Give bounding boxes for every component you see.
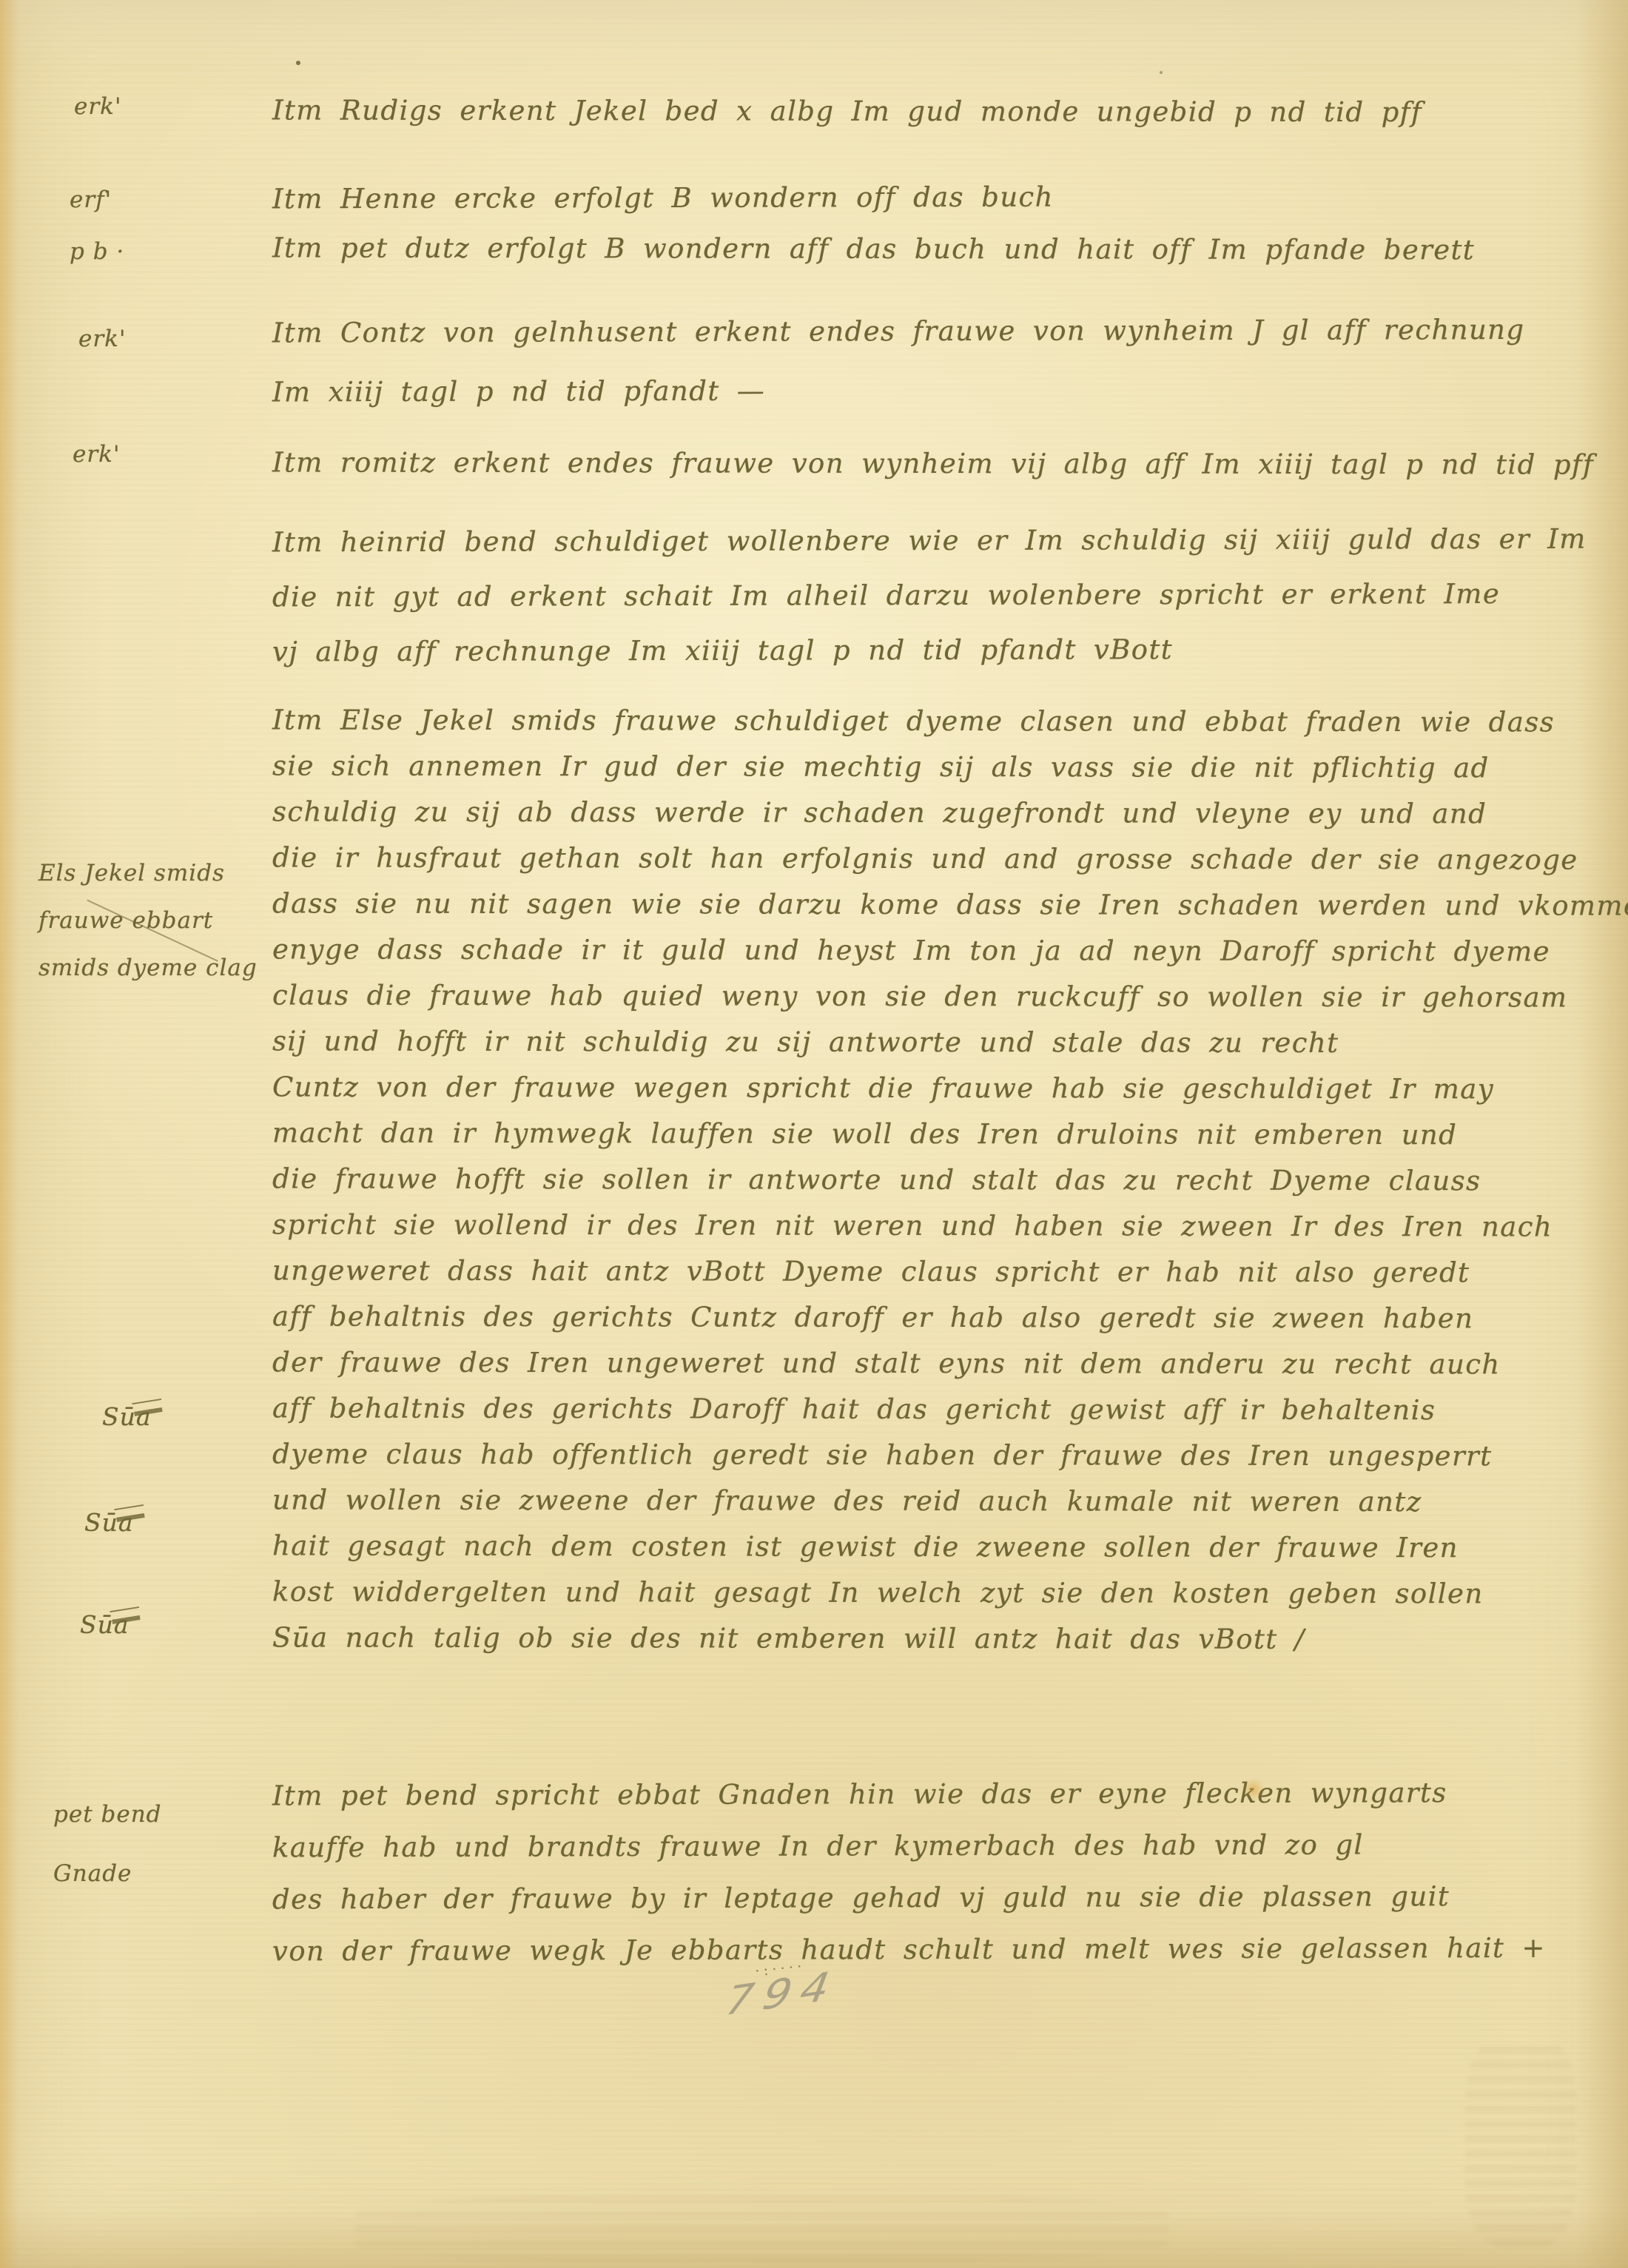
- record-entry: Itm romitz erkent endes frauwe von wynhe…: [272, 435, 1604, 493]
- manuscript-text-line: vj albg aff rechnunge Im xiiij tagl p nd…: [272, 622, 1604, 680]
- record-entry: Itm Henne ercke erfolgt B wondern off da…: [272, 169, 1604, 226]
- margin-note-case-line3: smids dyeme clag: [38, 944, 258, 992]
- manuscript-text-line: Cuntz von der frauwe wegen spricht die f…: [272, 1064, 1604, 1112]
- ink-speck: [1160, 71, 1163, 74]
- margin-note-summa-2: Sūa: [84, 1508, 134, 1537]
- manuscript-text-line: Itm romitz erkent endes frauwe von wynhe…: [272, 434, 1604, 494]
- manuscript-text-line: sij und hofft ir nit schuldig zu sij ant…: [272, 1018, 1604, 1066]
- show-through-patch: [1465, 2039, 1576, 2246]
- manuscript-text-line: sie sich annemen Ir gud der sie mechtig …: [272, 743, 1604, 791]
- margin-note-erkent-2: erk': [78, 326, 126, 352]
- manuscript-text-line: macht dan ir hymwegk lauffen sie woll de…: [272, 1110, 1604, 1158]
- manuscript-text-line: schuldig zu sij ab dass werde ir schaden…: [272, 789, 1604, 837]
- manuscript-text-line: Im xiiij tagl p nd tid pfandt —: [272, 360, 1604, 423]
- record-entry: Itm Contz von gelnhusent erkent endes fr…: [272, 302, 1604, 420]
- margin-note-petbend-line1: pet bend: [53, 1785, 162, 1844]
- record-entry: Itm Rudigs erkent Jekel bed x albg Im gu…: [272, 83, 1604, 141]
- record-entry: Itm pet bend spricht ebbat Gnaden hin wi…: [272, 1769, 1604, 1976]
- manuscript-text-line: Itm pet bend spricht ebbat Gnaden hin wi…: [272, 1767, 1604, 1823]
- manuscript-text-line: der frauwe des Iren ungeweret und stalt …: [272, 1339, 1604, 1387]
- manuscript-text-line: Itm pet dutz erfolgt B wondern aff das b…: [272, 219, 1604, 279]
- margin-note-case: Els Jekel smids frauwe ebbart smids dyem…: [38, 849, 258, 992]
- margin-note-erkent-1: erk': [74, 93, 121, 120]
- manuscript-text-line: und wollen sie zweene der frauwe des rei…: [272, 1477, 1604, 1525]
- manuscript-text-line: die frauwe hofft sie sollen ir antworte …: [272, 1156, 1604, 1204]
- margin-note-pb: p b ·: [70, 238, 124, 265]
- margin-note-petbend-line2: Gnade: [53, 1844, 162, 1903]
- show-through-patch: [355, 2195, 1169, 2262]
- manuscript-text-line: des haber der frauwe by ir leptage gehad…: [272, 1871, 1604, 1926]
- margin-note-petbend: pet bend Gnade: [53, 1785, 162, 1903]
- manuscript-text-line: dass sie nu nit sagen wie sie darzu kome…: [272, 881, 1604, 929]
- manuscript-text-line: spricht sie wollend ir des Iren nit were…: [272, 1202, 1604, 1250]
- manuscript-page: erk' erf' p b · erk' erk' Els Jekel smid…: [0, 0, 1628, 2268]
- margin-note-case-line2: frauwe ebbart: [38, 897, 258, 944]
- margin-note-summa-3: Sūa: [80, 1610, 129, 1639]
- manuscript-text-line: claus die frauwe hab quied weny von sie …: [272, 972, 1604, 1020]
- margin-note-erkent-3: erk': [73, 441, 120, 468]
- record-entry: Itm pet dutz erfolgt B wondern aff das b…: [272, 221, 1604, 278]
- manuscript-text-line: die nit gyt ad erkent schait Im alheil d…: [272, 567, 1604, 625]
- manuscript-text-line: die ir husfraut gethan solt han erfolgni…: [272, 835, 1604, 883]
- manuscript-text-line: Itm Rudigs erkent Jekel bed x albg Im gu…: [272, 81, 1604, 141]
- margin-note-erfolgt: erf': [70, 186, 112, 213]
- manuscript-text-line: Itm Contz von gelnhusent erkent endes fr…: [272, 300, 1604, 363]
- ink-speck: [296, 61, 300, 65]
- margin-note-case-line1: Els Jekel smids: [38, 849, 258, 897]
- manuscript-text-line: Itm Else Jekel smids frauwe schuldiget d…: [272, 697, 1604, 745]
- manuscript-text-line: Itm heinrid bend schuldiget wollenbere w…: [272, 512, 1604, 571]
- manuscript-text-line: aff behaltnis des gerichts Daroff hait d…: [272, 1385, 1604, 1433]
- manuscript-text-line: hait gesagt nach dem costen ist gewist d…: [272, 1523, 1604, 1571]
- manuscript-text-line: von der frauwe wegk Je ebbarts haudt sch…: [272, 1922, 1604, 1978]
- paper-stain: [1243, 1777, 1264, 1801]
- manuscript-text-line: kauffe hab und brandts frauwe In der kym…: [272, 1819, 1604, 1874]
- manuscript-text-line: Sūa nach talig ob sie des nit emberen wi…: [272, 1615, 1604, 1663]
- manuscript-text-line: aff behaltnis des gerichts Cuntz daroff …: [272, 1293, 1604, 1342]
- manuscript-text-line: dyeme claus hab offentlich geredt sie ha…: [272, 1431, 1604, 1479]
- manuscript-text-line: ungeweret dass hait antz vBott Dyeme cla…: [272, 1248, 1604, 1296]
- record-entry: Itm Else Jekel smids frauwe schuldiget d…: [272, 699, 1604, 1662]
- manuscript-text-line: enyge dass schade ir it guld und heyst I…: [272, 926, 1604, 975]
- margin-note-summa-1: Sūa: [102, 1402, 152, 1431]
- record-entry: Itm heinrid bend schuldiget wollenbere w…: [272, 514, 1604, 678]
- manuscript-text-line: kost widdergelten und hait gesagt In wel…: [272, 1569, 1604, 1617]
